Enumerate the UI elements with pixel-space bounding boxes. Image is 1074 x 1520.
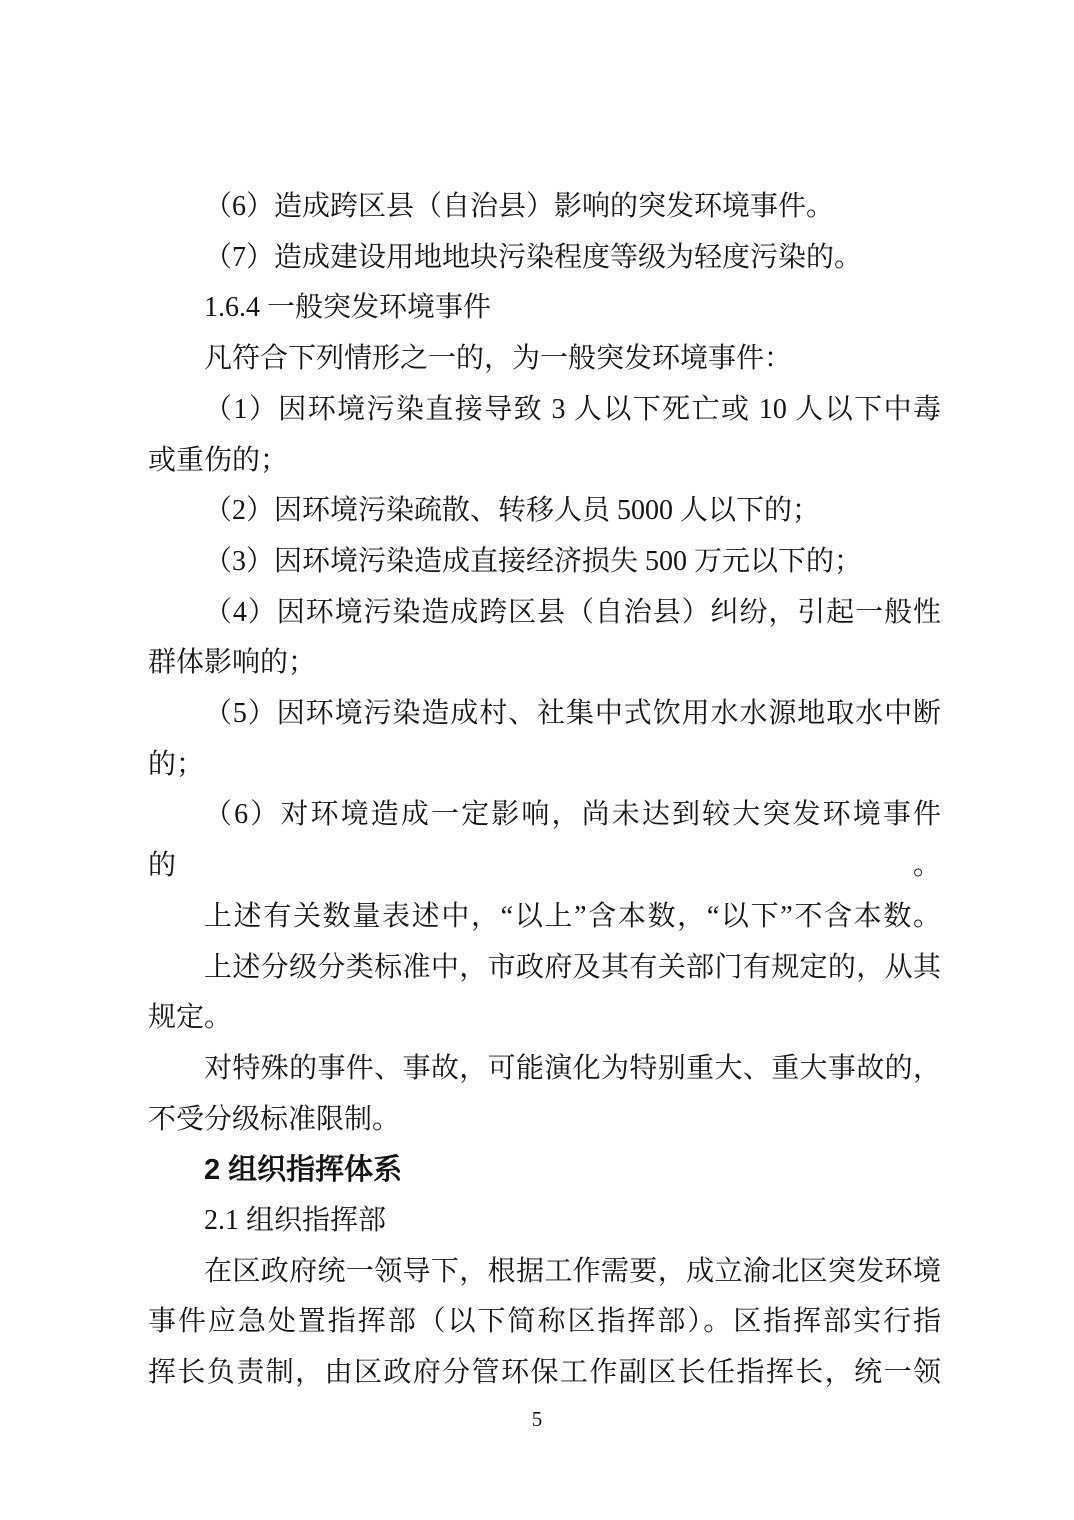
document-content: （6）造成跨区县（自治县）影响的突发环境事件。（7）造成建设用地地块污染程度等级…: [148, 182, 941, 1399]
text-line: 规定。: [148, 993, 941, 1044]
heading-line: 2 组织指挥体系: [148, 1145, 941, 1196]
text-line: （4）因环境污染造成跨区县（自治县）纠纷，引起一般性: [148, 588, 941, 639]
document-page: （6）造成跨区县（自治县）影响的突发环境事件。（7）造成建设用地地块污染程度等级…: [0, 0, 1074, 1520]
text-line: 对特殊的事件、事故，可能演化为特别重大、重大事故的，: [148, 1044, 941, 1095]
text-line: （3）因环境污染造成直接经济损失 500 万元以下的；: [148, 537, 941, 588]
text-line: 的；: [148, 740, 941, 791]
text-line: （2）因环境污染疏散、转移人员 5000 人以下的；: [148, 486, 941, 537]
text-line: 或重伤的；: [148, 436, 941, 487]
text-line: 不受分级标准限制。: [148, 1095, 941, 1146]
text-line: 群体影响的；: [148, 638, 941, 689]
text-line: （1）因环境污染直接导致 3 人以下死亡或 10 人以下中毒: [148, 385, 941, 436]
text-line: 上述分级分类标准中，市政府及其有关部门有规定的，从其: [148, 943, 941, 994]
text-line: （6）对环境造成一定影响，尚未达到较大突发环境事件的。: [148, 790, 941, 891]
text-line: （5）因环境污染造成村、社集中式饮用水水源地取水中断: [148, 689, 941, 740]
heading-line: 1.6.4 一般突发环境事件: [148, 283, 941, 334]
text-line: 凡符合下列情形之一的，为一般突发环境事件：: [148, 334, 941, 385]
text-line: 事件应急处置指挥部（以下简称区指挥部）。区指挥部实行指: [148, 1297, 941, 1348]
text-line: 在区政府统一领导下，根据工作需要，成立渝北区突发环境: [148, 1247, 941, 1298]
heading-line: 2.1 组织指挥部: [148, 1196, 941, 1247]
page-number: 5: [0, 1404, 1074, 1434]
text-line: （7）造成建设用地地块污染程度等级为轻度污染的。: [148, 233, 941, 284]
text-line: 挥长负责制，由区政府分管环保工作副区长任指挥长，统一领: [148, 1348, 941, 1399]
text-line: 上述有关数量表述中，“以上”含本数，“以下”不含本数。: [148, 892, 941, 943]
text-line: （6）造成跨区县（自治县）影响的突发环境事件。: [148, 182, 941, 233]
